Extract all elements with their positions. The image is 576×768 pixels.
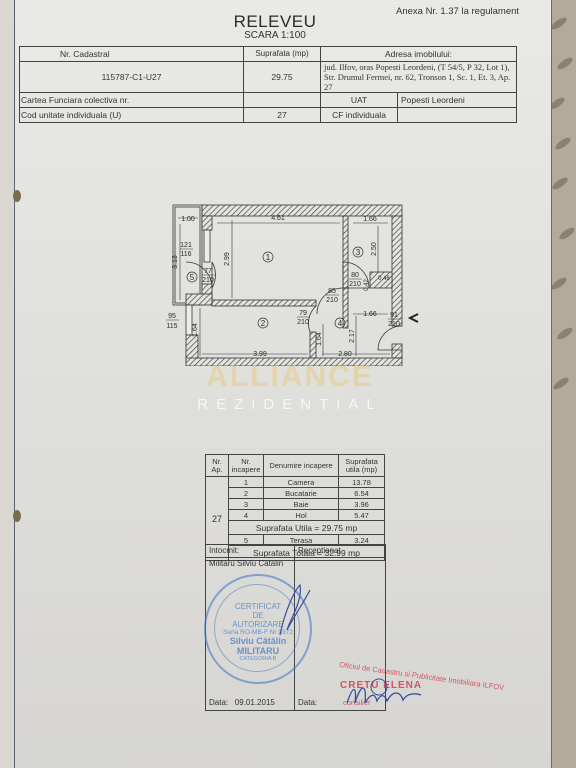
opening-5-h: 210: [326, 297, 338, 304]
opening-7-w: 91: [390, 312, 398, 319]
header-ap: Nr. Ap.: [206, 455, 229, 477]
floor-plan: 4.61 1.66 1.00 3.99 2.80 1.66 0.46 2.99 …: [160, 196, 420, 366]
opening-1-w: 121: [180, 242, 192, 249]
header-surface: Suprafata utila (mp): [339, 455, 385, 477]
date-label: Data:: [209, 698, 228, 707]
entrance-arrow-icon: [410, 314, 418, 322]
table-row: 2 Bucatarie 6.54: [206, 488, 385, 499]
dim-room5-width: 1.00: [181, 216, 195, 223]
received-date-label: Data:: [298, 698, 317, 707]
table-row: 27 1 Camera 13.78: [206, 477, 385, 488]
dim-room3-height: 2.50: [371, 242, 378, 256]
room-name: Bucatarie: [264, 488, 339, 499]
dim-room2-height: 1.64: [192, 323, 199, 337]
room-no: 4: [229, 510, 264, 521]
dim-room1-width: 4.61: [271, 215, 285, 222]
dim-room1-height: 2.99: [224, 252, 231, 266]
opening-5-w: 85: [328, 288, 336, 295]
opening-6-h: 210: [349, 281, 361, 288]
dim-room2-width: 3.99: [253, 351, 267, 358]
dim-room3-width: 1.66: [363, 216, 377, 223]
dim-room3-notch-h: 0.42: [364, 279, 370, 291]
dim-room4-height: 2.17: [349, 329, 356, 343]
room-no: 1: [229, 477, 264, 488]
cod-unitate-value: 27: [244, 108, 321, 123]
dim-room4-height-left: 1.64: [316, 332, 323, 346]
table-row: 4 Hol 5.47: [206, 510, 385, 521]
room-surface: 6.54: [339, 488, 385, 499]
watermark-line-1: ALLIANCE: [160, 360, 420, 394]
surface-value: 29.75: [244, 62, 321, 93]
cod-unitate-label: Cod unitate individuala (U): [20, 108, 244, 123]
room-number-3: 3: [356, 248, 361, 257]
watermark-line-2: REZIDENTIAL: [160, 396, 420, 413]
room-name: Hol: [264, 510, 339, 521]
room-surface: 5.47: [339, 510, 385, 521]
address-value: jud. Ilfov, oras Popesti Leordeni, (T 54…: [321, 62, 517, 93]
opening-1-h: 116: [180, 251, 191, 258]
cf-colectiva-label: Cartea Funciara colectiva nr.: [20, 93, 244, 108]
cf-individuala-value: [398, 108, 517, 123]
opening-3-h: 115: [166, 323, 177, 330]
prepared-label: Intocmit:: [206, 545, 295, 558]
annex-reference: Anexa Nr. 1.37 la regulament: [396, 6, 519, 17]
uat-label: UAT: [321, 93, 398, 108]
document-title: RELEVEU: [200, 12, 350, 32]
table-row: 3 Baie 3.96: [206, 499, 385, 510]
room-number-4: 4: [338, 319, 343, 328]
opening-4-h: 210: [297, 319, 309, 326]
opening-4-w: 79: [299, 310, 307, 317]
room-number-5: 5: [190, 273, 195, 282]
opening-2-h: 210: [202, 277, 214, 284]
dim-room3-notch-w: 0.46: [378, 276, 390, 282]
header-room-name: Denumire incapere: [264, 455, 339, 477]
address-line-1: jud. Ilfov, oras Popesti Leordeni, (T 54…: [324, 62, 513, 72]
opening-7-h: 210: [388, 321, 400, 328]
header-table: Nr. Cadastral Suprafata (mp) Adresa imob…: [19, 46, 517, 123]
dim-room4-width-top: 1.66: [363, 311, 377, 318]
cf-colectiva-value: [244, 93, 321, 108]
document-scale: SCARA 1:100: [200, 30, 350, 41]
signature-icon: [345, 675, 425, 710]
signature-icon: [275, 580, 315, 640]
room-number-1: 1: [266, 253, 271, 262]
useful-surface-total: Suprafata Utila = 29.75 mp: [229, 521, 385, 535]
cadastral-label: Nr. Cadastral: [20, 47, 244, 62]
address-label: Adresa imobilului:: [321, 47, 517, 62]
prepared-date-row: Data: 09.01.2015: [209, 698, 275, 707]
received-label: Receptionat: [295, 545, 386, 558]
watermark-logo: ALLIANCE REZIDENTIAL: [160, 360, 420, 413]
dim-room5-height: 3.13: [172, 255, 179, 269]
prepared-date: 09.01.2015: [235, 698, 275, 707]
room-no: 3: [229, 499, 264, 510]
room-surface: 13.78: [339, 477, 385, 488]
opening-6-w: 80: [351, 272, 359, 279]
room-name: Baie: [264, 499, 339, 510]
cadastral-value: 115787-C1-U27: [20, 62, 244, 93]
opening-3-w: 95: [168, 313, 176, 320]
prepared-by: Militaru Silviu Catalin: [209, 559, 291, 568]
room-surface: 3.96: [339, 499, 385, 510]
cf-individuala-label: CF individuala: [321, 108, 398, 123]
punch-hole: [13, 190, 21, 202]
surface-label: Suprafata (mp): [244, 47, 321, 62]
opening-2-w: 77: [204, 268, 212, 275]
punch-hole: [13, 510, 21, 522]
room-number-2: 2: [261, 319, 266, 328]
uat-value: Popesti Leordeni: [398, 93, 517, 108]
dim-room4-width: 2.80: [338, 351, 352, 358]
room-name: Camera: [264, 477, 339, 488]
address-line-2: Str. Drumul Fermei, nr. 62, Tronson 1, S…: [324, 72, 513, 92]
room-no: 2: [229, 488, 264, 499]
header-room-no: Nr. incapere: [229, 455, 264, 477]
